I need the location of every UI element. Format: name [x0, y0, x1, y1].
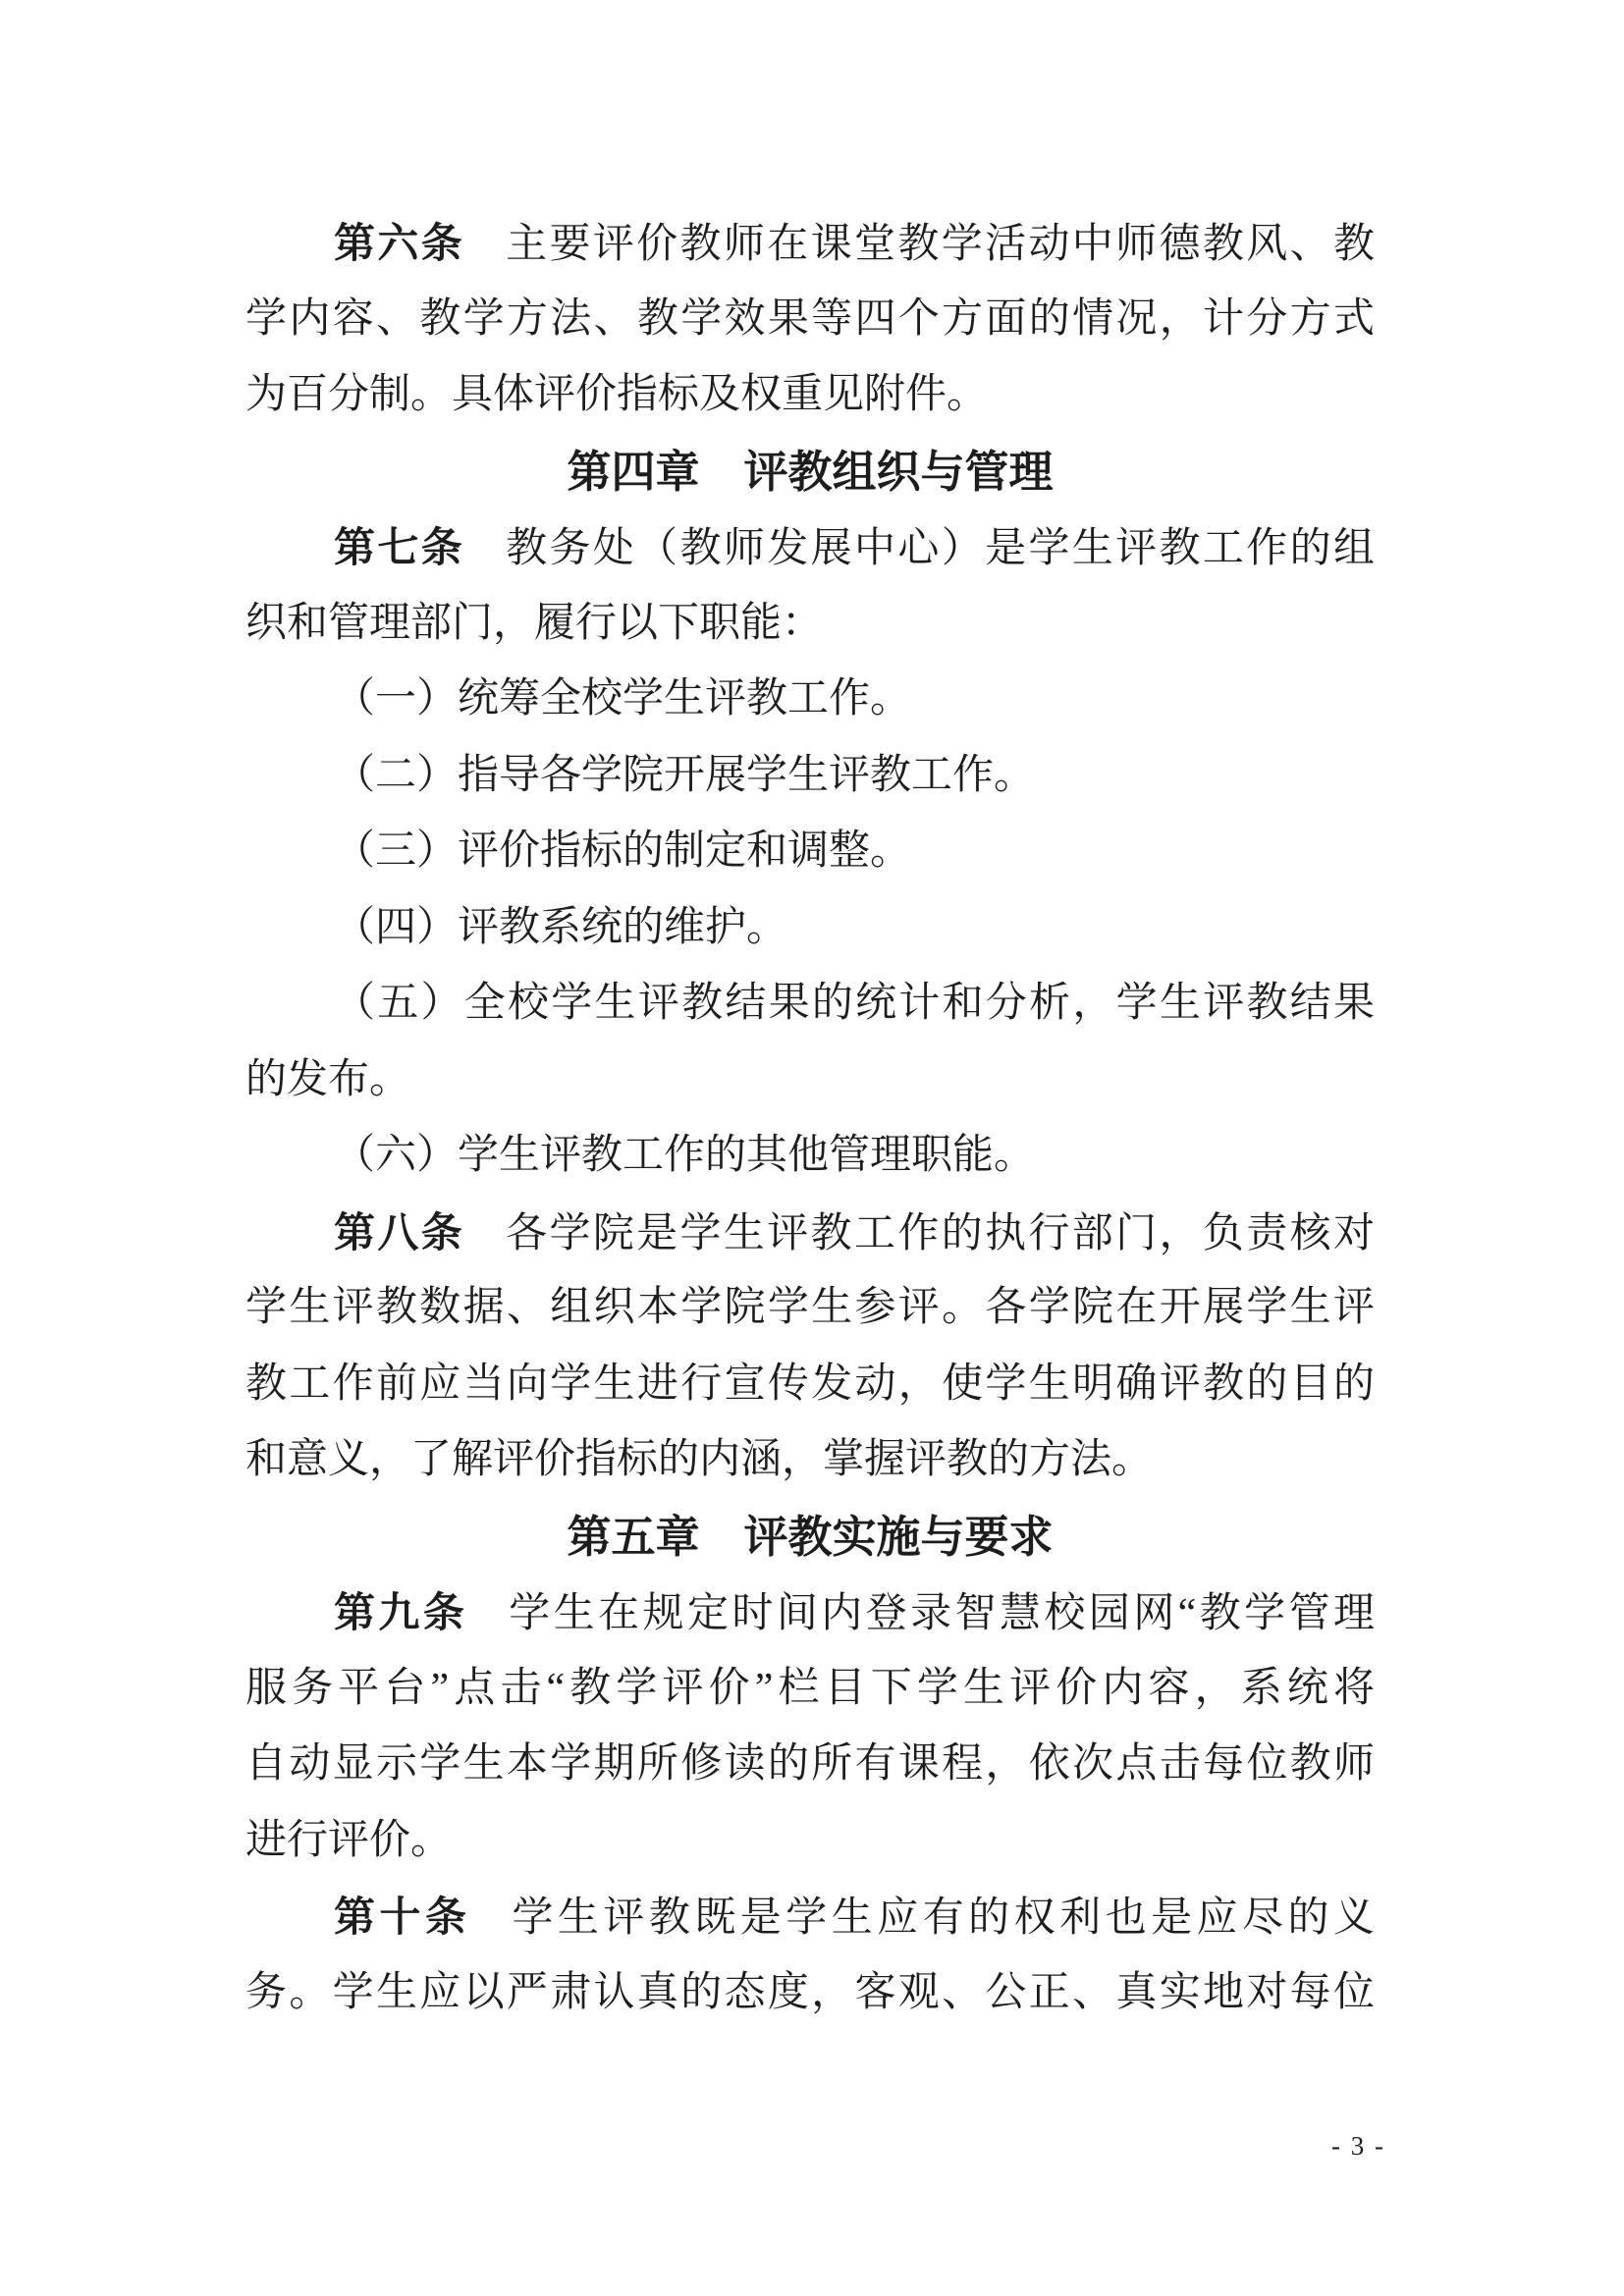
body-line: 自动显示学生本学期所修读的所有课程，依次点击每位教师 — [245, 1727, 1375, 1803]
article-6-label: 第六条 — [334, 220, 464, 266]
article-8-first-line: 第八条各学院是学生评教工作的执行部门，负责核对 — [245, 1195, 1375, 1271]
body-line: 织和管理部门，履行以下职能： — [245, 586, 1375, 663]
article-8-text: 各学院是学生评教工作的执行部门，负责核对 — [506, 1211, 1375, 1256]
article-10-label: 第十条 — [334, 1894, 470, 1940]
list-item-line: （二）指导各学院开展学生评教工作。 — [245, 738, 1375, 815]
list-item-line: （一）统筹全校学生评教工作。 — [245, 662, 1375, 738]
article-7-text: 教务处（教师发展中心）是学生评教工作的组 — [506, 526, 1375, 571]
article-9-text: 学生在规定时间内登录智慧校园网“教学管理 — [509, 1591, 1375, 1636]
body-line: 学内容、教学方法、教学效果等四个方面的情况，计分方式 — [245, 282, 1375, 358]
document-page: 第六条主要评价教师在课堂教学活动中师德教风、教 学内容、教学方法、教学效果等四个… — [0, 0, 1624, 2296]
article-9-first-line: 第九条学生在规定时间内登录智慧校园网“教学管理 — [245, 1575, 1375, 1651]
list-item-line: （四）评教系统的维护。 — [245, 890, 1375, 967]
text-block: 第六条主要评价教师在课堂教学活动中师德教风、教 学内容、教学方法、教学效果等四个… — [245, 205, 1375, 2031]
body-line: 为百分制。具体评价指标及权重见附件。 — [245, 357, 1375, 434]
list-item-line: （五）全校学生评教结果的统计和分析，学生评教结果 — [245, 966, 1375, 1042]
body-line: 服务平台”点击“教学评价”栏目下学生评价内容，系统将 — [245, 1651, 1375, 1728]
article-6-first-line: 第六条主要评价教师在课堂教学活动中师德教风、教 — [245, 205, 1375, 282]
body-line: 务。学生应以严肃认真的态度，客观、公正、真实地对每位 — [245, 1955, 1375, 2032]
article-8-label: 第八条 — [334, 1209, 464, 1255]
page-number: - 3 - — [1331, 2130, 1385, 2162]
article-7-label: 第七条 — [334, 524, 464, 570]
chapter-4-heading: 第四章 评教组织与管理 — [245, 434, 1375, 510]
list-item-line: （三）评价指标的制定和调整。 — [245, 814, 1375, 890]
article-10-text: 学生评教既是学生应有的权利也是应尽的义 — [512, 1896, 1375, 1941]
article-6-text: 主要评价教师在课堂教学活动中师德教风、教 — [506, 222, 1375, 267]
body-line: 的发布。 — [245, 1042, 1375, 1119]
body-line: 学生评教数据、组织本学院学生参评。各学院在开展学生评 — [245, 1270, 1375, 1347]
chapter-5-heading: 第五章 评教实施与要求 — [245, 1499, 1375, 1575]
body-line: 进行评价。 — [245, 1803, 1375, 1880]
article-9-label: 第九条 — [334, 1589, 467, 1635]
body-line: 和意义，了解评价指标的内涵，掌握评教的方法。 — [245, 1422, 1375, 1499]
article-10-first-line: 第十条学生评教既是学生应有的权利也是应尽的义 — [245, 1879, 1375, 1955]
list-item-line: （六）学生评教工作的其他管理职能。 — [245, 1118, 1375, 1195]
body-line: 教工作前应当向学生进行宣传发动，使学生明确评教的目的 — [245, 1347, 1375, 1423]
article-7-first-line: 第七条教务处（教师发展中心）是学生评教工作的组 — [245, 509, 1375, 586]
